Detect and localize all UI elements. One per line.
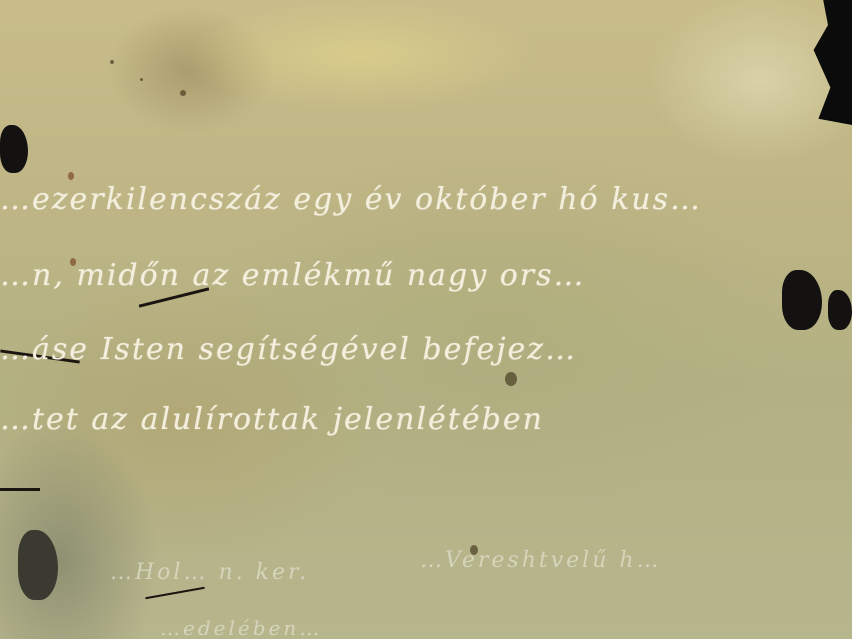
text-line-1: …ezerkilencszáz egy év október hó kus… <box>0 182 702 217</box>
speck <box>68 172 74 180</box>
speck <box>505 372 517 386</box>
tear-hole-edge <box>828 290 852 330</box>
crack <box>0 488 40 491</box>
text-line-3: …áse Isten segítségével befejez… <box>0 332 577 367</box>
torn-edge-right <box>804 0 852 125</box>
tear-hole-left <box>0 125 28 173</box>
speck <box>140 78 143 81</box>
tear-hole-right <box>782 270 822 330</box>
speck <box>110 60 114 64</box>
stain-dark <box>18 530 58 600</box>
pencil-note-2: …Vereshtvelű h… <box>420 548 662 573</box>
parchment-document: …ezerkilencszáz egy év október hó kus… …… <box>0 0 852 639</box>
crack <box>145 587 204 599</box>
pencil-note-3: …edelében… <box>160 616 322 639</box>
text-line-2: …n, midőn az emlékmű nagy ors… <box>0 258 586 293</box>
text-line-4: …tet az alulírottak jelenlétében <box>0 402 544 437</box>
speck <box>180 90 186 96</box>
pencil-note-1: …Hol… n. ker. <box>110 560 309 585</box>
